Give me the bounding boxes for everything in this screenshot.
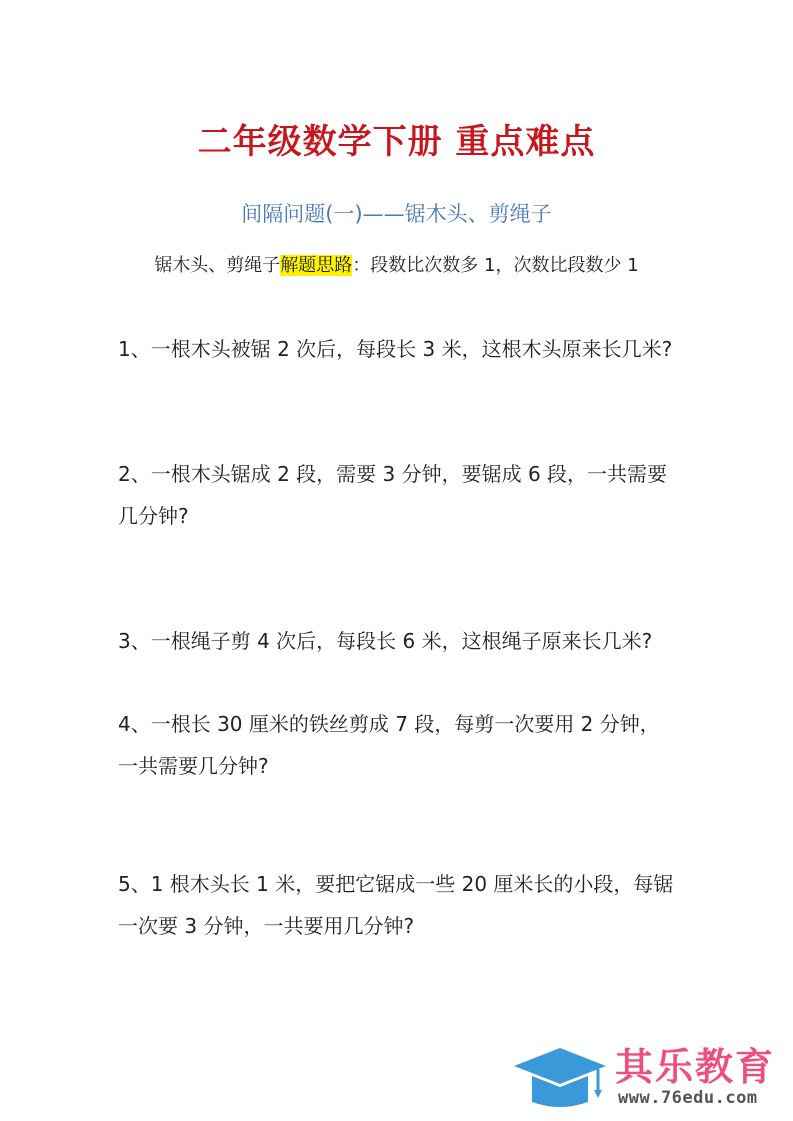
graduation-cap-icon (510, 1042, 610, 1112)
tip-prefix: 锯木头、剪绳子 (154, 255, 280, 276)
section-subtitle: 间隔问题(一)——锯木头、剪绳子 (0, 198, 793, 228)
solution-tip: 锯木头、剪绳子解题思路：段数比次数多 1，次数比段数少 1 (0, 251, 793, 277)
brand-url: www.76edu.com (618, 1088, 758, 1108)
question-5: 5、1 根木头长 1 米，要把它锯成一些 20 厘米长的小段，每锯一次要 3 分… (118, 863, 678, 947)
tip-suffix: ：段数比次数多 1，次数比段数少 1 (352, 255, 638, 276)
tip-highlight: 解题思路 (280, 255, 352, 276)
brand-logo: 其乐教育 www.76edu.com (510, 1040, 790, 1115)
question-4: 4、一根长 30 厘米的铁丝剪成 7 段，每剪一次要用 2 分钟，一共需要几分钟… (118, 703, 678, 787)
brand-name: 其乐教育 (615, 1036, 775, 1091)
question-2: 2、一根木头锯成 2 段，需要 3 分钟，要锯成 6 段，一共需要几分钟? (118, 453, 678, 537)
question-3: 3、一根绳子剪 4 次后，每段长 6 米，这根绳子原来长几米? (118, 620, 678, 662)
question-1: 1、一根木头被锯 2 次后，每段长 3 米，这根木头原来长几米? (118, 328, 678, 370)
page-title: 二年级数学下册 重点难点 (0, 114, 793, 163)
